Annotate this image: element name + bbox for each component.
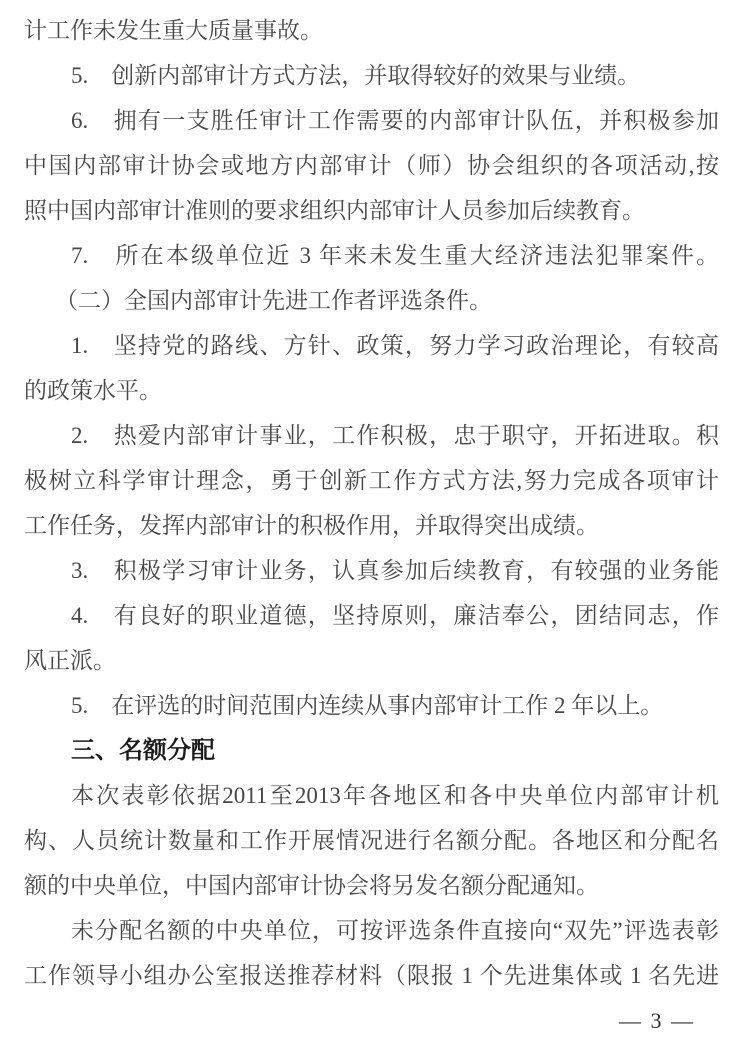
text-line: 中国内部审计协会或地方内部审计（师）协会组织的各项活动,按 <box>24 143 719 188</box>
list-item-line: 4. 有良好的职业道德，坚持原则，廉洁奉公，团结同志，作 <box>24 593 719 638</box>
document-body: 计工作未发生重大质量事故。 5. 创新内部审计方式方法，并取得较好的效果与业绩。… <box>0 0 743 1043</box>
list-item-line: 7. 所在本级单位近 3 年来未发生重大经济违法犯罪案件。 <box>24 233 719 278</box>
text-line: 的政策水平。 <box>24 368 719 413</box>
text-line: 极树立科学审计理念，勇于创新工作方式方法,努力完成各项审计 <box>24 458 719 503</box>
list-item-line: 3. 积极学习审计业务，认真参加后续教育，有较强的业务能力。 <box>24 548 719 593</box>
paragraph-first-line: 未分配名额的中央单位，可按评选条件直接向“双先”评选表彰 <box>24 908 719 953</box>
text-line: 构、人员统计数量和工作开展情况进行名额分配。各地区和分配名 <box>24 818 719 863</box>
list-item-line: 5. 创新内部审计方式方法，并取得较好的效果与业绩。 <box>24 53 719 98</box>
text-line: 计工作未发生重大质量事故。 <box>24 8 719 53</box>
text-line: 工作领导小组办公室报送推荐材料（限报 1 个先进集体或 1 名先进 <box>24 953 719 998</box>
list-item-line: 6. 拥有一支胜任审计工作需要的内部审计队伍，并积极参加 <box>24 98 719 143</box>
list-item-line: 2. 热爱内部审计事业，工作积极，忠于职守，开拓进取。积 <box>24 413 719 458</box>
document-page: 计工作未发生重大质量事故。 5. 创新内部审计方式方法，并取得较好的效果与业绩。… <box>0 0 743 1049</box>
text-line: 风正派。 <box>24 638 719 683</box>
page-number: — 3 — <box>24 998 719 1043</box>
subsection-heading-line: （二）全国内部审计先进工作者评选条件。 <box>24 278 719 323</box>
text-line: 额的中央单位，中国内部审计协会将另发名额分配通知。 <box>24 863 719 908</box>
section-heading: 三、名额分配 <box>24 728 719 773</box>
text-line: 照中国内部审计准则的要求组织内部审计人员参加后续教育。 <box>24 188 719 233</box>
text-line: 工作任务，发挥内部审计的积极作用，并取得突出成绩。 <box>24 503 719 548</box>
paragraph-first-line: 本次表彰依据2011至2013年各地区和各中央单位内部审计机 <box>24 773 719 818</box>
list-item-line: 1. 坚持党的路线、方针、政策，努力学习政治理论，有较高 <box>24 323 719 368</box>
list-item-line: 5. 在评选的时间范围内连续从事内部审计工作 2 年以上。 <box>24 683 719 728</box>
